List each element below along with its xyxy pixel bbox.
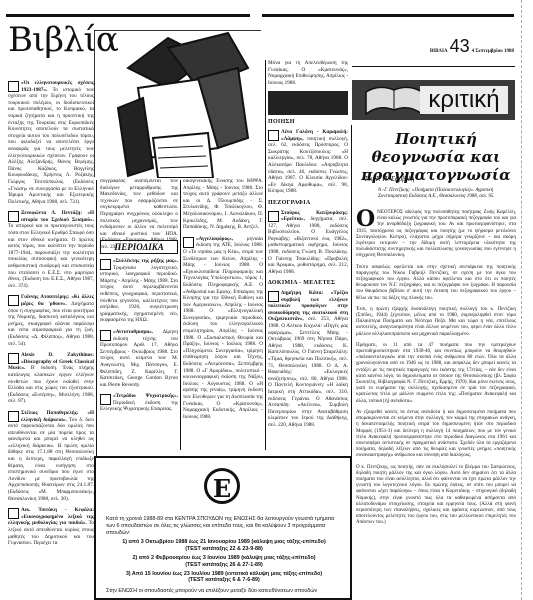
periodicals-list: «Συλλέκτης της ρήξης μας». Τριμηνιαίο λο… bbox=[100, 258, 178, 418]
periodical-entry: «Τετράδιο Ψυχιατρικής». Περιοδική έκδοση… bbox=[100, 393, 178, 413]
review-paragraph: Πράγματι, οι 11 από τα 47 ποιήματα που τ… bbox=[356, 343, 516, 405]
page-header: ΒΙΒΛΙΑ 43 4 Σεπτεμβρίου 1988 bbox=[396, 38, 514, 54]
review-paragraph: ΟΝΕΟΤΕΡΟΣ αδελφός της πολυπάθητης ποιήτρ… bbox=[356, 210, 516, 260]
checkbox-square-icon bbox=[268, 211, 279, 222]
review-paragraph: Τούτο ασφαλώς οφείλεται και στην σχετική… bbox=[356, 265, 516, 302]
book-notice: Alexis D. Zakythinos: «Discography of Gr… bbox=[8, 352, 94, 405]
checkbox-square-icon bbox=[268, 291, 279, 302]
periodical-entry: «Αγγελιοφόρος», μηνιαία έκδοση της ΑΤΕ, … bbox=[183, 236, 263, 421]
checkbox-square-icon bbox=[8, 81, 19, 92]
release-entry: Δημήτρη Κάπα: «Τρέζιο συμβολή των ελλήνω… bbox=[268, 290, 348, 428]
poetry-heading: ΠΟΙΗΣΗ bbox=[268, 119, 348, 126]
checkbox-square-icon bbox=[100, 330, 111, 341]
column-divider bbox=[265, 60, 266, 450]
black-bar bbox=[268, 91, 348, 115]
ad-intro: Κατά τη χρονιά 1988-89 στα ΚΕΝΤΡΑ ΣΠΟΥΔΩ… bbox=[106, 516, 342, 536]
drop-cap: Ο bbox=[356, 210, 375, 228]
review-paragraph: Έτσι, η πρώτη εξαρχής δυσανάλογη ποιητικ… bbox=[356, 307, 516, 338]
kritiki-banner: κριτική bbox=[352, 80, 515, 120]
enosi-logo-icon: Ε bbox=[204, 468, 240, 504]
review-paragraph: Αν εξαιρεθεί κανείς τα όντως ανέκδοτα ή … bbox=[356, 410, 516, 460]
checkbox-square-icon bbox=[8, 211, 19, 222]
top-rule-right bbox=[262, 14, 514, 17]
top-rule-left bbox=[6, 14, 250, 17]
open-book-icon bbox=[364, 84, 424, 118]
checkbox-square-icon bbox=[8, 295, 19, 306]
checkbox-square-icon bbox=[100, 259, 111, 270]
ad-outro: Στην ΕΝΩΣΗ οι σπουδαστές μπορούν να επιλ… bbox=[106, 588, 342, 595]
page-section-label: ΒΙΒΛΙΑ bbox=[430, 49, 448, 54]
column-1-book-notices: «Οι ελληνοτουρκικές σχέσεις 1923-1987». … bbox=[8, 80, 94, 552]
release-entry: Λένα Γαλάνη - Καραμαλή: «Λάμψη», ποιητικ… bbox=[268, 129, 348, 195]
ad-program: 1) από 3 Οκτωβρίου 1988 έως 21 Ιανουαρίο… bbox=[106, 539, 342, 553]
periodicals-heading: ΠΕΡΙΟΔΙΚΑ bbox=[100, 240, 178, 254]
checkbox-square-icon bbox=[8, 353, 19, 364]
column-divider bbox=[96, 180, 97, 456]
kritiki-label: κριτική bbox=[420, 86, 508, 114]
checkbox-square-icon bbox=[268, 130, 279, 141]
ad-text: Κατά τη χρονιά 1988-89 στα ΚΕΝΤΡΑ ΣΠΟΥΔΩ… bbox=[106, 516, 342, 598]
book-notice: Στέλιος Παπαθεμελής: «Η ελληνική διάρκει… bbox=[8, 410, 94, 502]
periodical-entry: «Αντισταθμισμα». Δίμηνη έκδοση τέχνης το… bbox=[100, 329, 178, 388]
continued-text: οικογενειακής Ένωσης του ΚΘΨΑ. Απρίλης -… bbox=[183, 178, 263, 231]
review-paragraph: Ο κ. Πεντζίκης, ως ποιητής, σαν να εκκλη… bbox=[356, 465, 516, 527]
column-4-new-releases: Μόνα για τη Απελευθέρωση της Γυναίκας. Ο… bbox=[268, 60, 348, 434]
checkbox-square-icon bbox=[8, 411, 19, 422]
book-notice: Γιάννης Ατσαπτέρης: «Κι άλλες μέρες θα '… bbox=[8, 294, 94, 347]
book-notice: Αικ. Τσιτάκη - Κεφάλα: «Εικονογραφημένο … bbox=[8, 507, 94, 547]
periodical-entry: «Συλλέκτης της ρήξης μας». Τριμηνιαίο λο… bbox=[100, 258, 178, 324]
book-notice: Ξενοφώντα Λ. Πεντάζη: «Η ιστορία του Σχε… bbox=[8, 210, 94, 289]
review-book-reference: Ν.-Γ. Πεντζίκης: «Ποιήματα (Παλαιοντολογ… bbox=[378, 188, 514, 200]
header-rule bbox=[352, 66, 515, 67]
column-divider bbox=[180, 180, 181, 450]
column-3-periodicals-cont: οικογενειακής Ένωσης του ΚΘΨΑ. Απρίλης -… bbox=[183, 178, 263, 425]
review-body: ΟΝΕΟΤΕΡΟΣ αδελφός της πολυπάθητης ποιήτρ… bbox=[356, 210, 516, 532]
continued-text: Μόνα για τη Απελευθέρωση της Γυναίκας. Ο… bbox=[268, 60, 348, 86]
page-edge bbox=[521, 0, 533, 600]
ad-program: 2) από 2 Φεβρουαρίου έως 3 Ιουνίου 1989 … bbox=[106, 555, 342, 569]
release-entry: Σταύρος Κατζουράκης: «Ερείπια», διηγήματ… bbox=[268, 210, 348, 276]
checkbox-square-icon bbox=[100, 394, 111, 405]
prose-heading: ΠΕΖΟΓΡΑΦΙΑ bbox=[268, 200, 348, 207]
page-date: 4 Σεπτεμβρίου 1988 bbox=[472, 49, 514, 54]
essays-heading: ΔΟΚΙΜΙΑ - ΜΕΛΕΤΕΣ bbox=[268, 280, 348, 287]
page-number: 43 bbox=[450, 38, 470, 54]
books-illustration-icon bbox=[98, 28, 254, 178]
ad-program: 3) Από 15 Ιουνίου έως 23 Ιουλίου 1989 (ε… bbox=[106, 571, 342, 585]
language-school-advertisement: Ε Κατά τη χρονιά 1988-89 στα ΚΕΝΤΡΑ ΣΠΟΥ… bbox=[94, 456, 352, 600]
review-byline: Του Γ. Π. Σαββίδη bbox=[364, 175, 414, 183]
book-notice: «Οι ελληνοτουρκικές σχέσεις 1923-1987». … bbox=[8, 80, 94, 205]
checkbox-square-icon bbox=[183, 237, 194, 248]
checkbox-square-icon bbox=[8, 508, 19, 519]
